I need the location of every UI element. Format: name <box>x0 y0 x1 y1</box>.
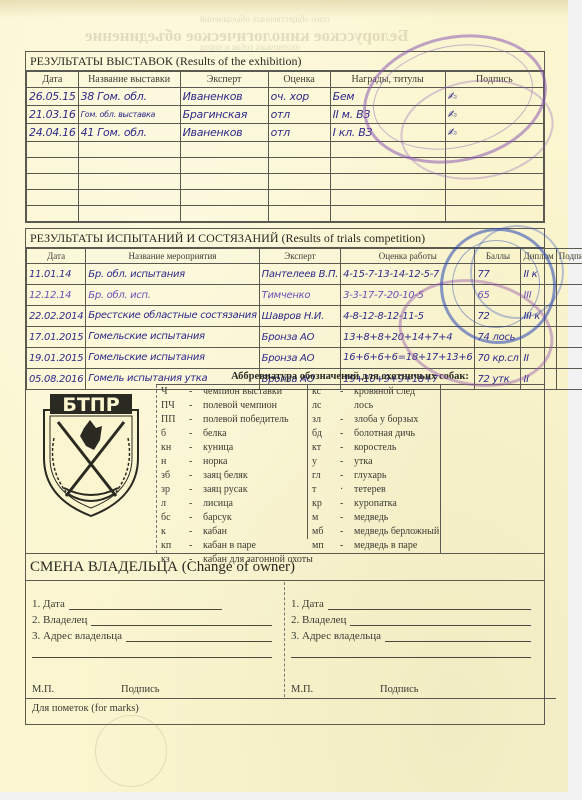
faint-stamp-icon <box>95 715 167 787</box>
owner-change-title: СМЕНА ВЛАДЕЛЬЦА (Change of owner) <box>26 554 544 581</box>
cell-score: 13+8+8+20+14+7+4 <box>341 327 475 348</box>
cell-name: Гомельские испытания <box>86 327 259 348</box>
cell-signature <box>556 264 582 285</box>
seal-label: М.П. <box>32 684 54 695</box>
date-field[interactable]: 1. Дата <box>291 598 531 610</box>
trials-results-section: РЕЗУЛЬТАТЫ ИСПЫТАНИЙ И СОСТЯЗАНИЙ (Resul… <box>25 228 545 390</box>
cell-diploma: III к <box>521 306 556 327</box>
seal-label: М.П. <box>291 684 313 695</box>
cell-date: 22.02.2014 <box>27 306 86 327</box>
cell-name: Бр. обл. исп. <box>86 285 259 306</box>
abbr-item: кс-кровяной след <box>308 385 441 399</box>
svg-text:БТПР: БТПР <box>62 394 119 416</box>
cell-signature <box>556 348 582 369</box>
owner-field[interactable]: 2. Владелец <box>291 614 531 626</box>
abbr-item: у-утка <box>308 455 441 469</box>
cell-name: 38 Гом. обл. <box>78 88 180 106</box>
cell-date: 17.01.2015 <box>27 327 86 348</box>
abbr-item: т·тетерев <box>308 483 441 497</box>
cell-diploma: III <box>521 285 556 306</box>
col-show-name: Название выставки <box>78 72 180 88</box>
owner-address-field[interactable]: 3. Адрес владельца <box>32 630 272 642</box>
table-row: 11.01.14 Бр. обл. испытания Пантелеев В.… <box>27 264 582 285</box>
cell-points: 72 <box>475 306 521 327</box>
cell-date: 26.05.15 <box>27 88 79 106</box>
exhibition-title: РЕЗУЛЬТАТЫ ВЫСТАВОК (Results of the exhi… <box>26 52 544 71</box>
trials-table: Дата Название мероприятия Эксперт Оценка… <box>26 248 582 390</box>
cell-points: 77 <box>475 264 521 285</box>
owner-field[interactable]: 2. Владелец <box>32 614 272 626</box>
cell-points: 74 лось <box>475 327 521 348</box>
abbreviations-section: БТПР Аббревиатура обозначений для охотни… <box>25 370 545 554</box>
table-row: 22.02.2014 Брестские областные состязани… <box>27 306 582 327</box>
cell-expert: Иваненков <box>180 88 268 106</box>
abbr-item: кр-куропатка <box>308 497 441 511</box>
col-points: Баллы <box>475 249 521 264</box>
abbr-item: кп-кабан в паре <box>157 539 307 553</box>
abbr-item: гл-глухарь <box>308 469 441 483</box>
trials-title: РЕЗУЛЬТАТЫ ИСПЫТАНИЙ И СОСТЯЗАНИЙ (Resul… <box>26 229 544 248</box>
owner-change-left: 1. Дата 2. Владелец 3. Адрес владельца М… <box>26 582 285 697</box>
cell-points: 70 кр.сл <box>475 348 521 369</box>
col-date: Дата <box>27 72 79 88</box>
cell-score: 3-3-17-7-20-10-5 <box>341 285 475 306</box>
cell-awards: I кл. ВЗ <box>330 124 445 142</box>
abbr-item: к-кабан <box>157 525 307 539</box>
empty-row <box>27 158 544 174</box>
abbr-item: ПП-полевой победитель <box>157 413 307 427</box>
signature-label: Подпись <box>380 684 419 695</box>
cell-expert: Тимченко <box>259 285 340 306</box>
change-of-owner-section: СМЕНА ВЛАДЕЛЬЦА (Change of owner) 1. Дат… <box>25 553 545 725</box>
abbr-item: зр-заяц русак <box>157 483 307 497</box>
abbr-item: бд-болотная дичь <box>308 427 441 441</box>
cell-signature <box>556 306 582 327</box>
empty-row <box>27 174 544 190</box>
cell-signature <box>556 369 582 390</box>
owner-change-right: 1. Дата 2. Владелец 3. Адрес владельца М… <box>285 582 543 697</box>
cell-date: 24.04.16 <box>27 124 79 142</box>
abbr-item: зб-заяц беляк <box>157 469 307 483</box>
col-signature: Подпись <box>556 249 582 264</box>
cell-score: 4-15-7-13-14-12-5-7 <box>341 264 475 285</box>
cell-score: 4-8-12-8-12-11-5 <box>341 306 475 327</box>
abbreviations-title: Аббревиатура обозначений для охотничьих … <box>156 370 544 384</box>
table-row: 26.05.15 38 Гом. обл. Иваненков оч. хор … <box>27 88 544 106</box>
abbr-item: лслось <box>308 399 441 413</box>
table-row: 12.12.14 Бр. обл. исп. Тимченко 3-3-17-7… <box>27 285 582 306</box>
cell-awards: II м. ВЗ <box>330 106 445 124</box>
cell-expert: Шавров Н.И. <box>259 306 340 327</box>
empty-row <box>27 206 544 222</box>
cell-expert: Брагинская <box>180 106 268 124</box>
date-field[interactable]: 1. Дата <box>32 598 222 610</box>
cell-name: Бр. обл. испытания <box>86 264 259 285</box>
abbr-item: Ч-чемпион выставки <box>157 385 307 399</box>
cell-expert: Иваненков <box>180 124 268 142</box>
marks-field[interactable]: Для пометок (for marks) <box>26 698 556 718</box>
abbr-item: ПЧ-полевой чемпион <box>157 399 307 413</box>
abbr-item: н-норка <box>157 455 307 469</box>
table-row: 21.03.16 Гом. обл. выставка Брагинская о… <box>27 106 544 124</box>
col-date: Дата <box>27 249 86 264</box>
table-row: 24.04.16 41 Гом. обл. Иваненков отл I кл… <box>27 124 544 142</box>
cell-name: 41 Гом. обл. <box>78 124 180 142</box>
cell-signature: ✍ <box>445 124 543 142</box>
exhibition-table: Дата Название выставки Эксперт Оценка На… <box>26 71 544 222</box>
cell-diploma: II <box>521 348 556 369</box>
col-awards: Награды, титулы <box>330 72 445 88</box>
address-line-field[interactable] <box>32 646 272 658</box>
abbreviations-right-column: кс-кровяной след лслось зл-злоба у борзы… <box>307 385 441 539</box>
owner-address-field[interactable]: 3. Адрес владельца <box>291 630 531 642</box>
cell-signature: ✍ <box>445 106 543 124</box>
cell-signature <box>556 285 582 306</box>
table-row: 19.01.2015 Гомельские испытания Бронза А… <box>27 348 582 369</box>
abbr-item: кт-коростель <box>308 441 441 455</box>
col-event-name: Название мероприятия <box>86 249 259 264</box>
cell-date: 21.03.16 <box>27 106 79 124</box>
empty-row <box>27 190 544 206</box>
col-grade: Оценка <box>268 72 330 88</box>
abbr-item: б-белка <box>157 427 307 441</box>
cell-name: Гомельские испытания <box>86 348 259 369</box>
exhibition-results-section: РЕЗУЛЬТАТЫ ВЫСТАВОК (Results of the exhi… <box>25 51 545 223</box>
cell-grade: отл <box>268 124 330 142</box>
col-diploma: Диплом <box>521 249 556 264</box>
cell-date: 19.01.2015 <box>27 348 86 369</box>
abbr-item: кн-куница <box>157 441 307 455</box>
abbr-item: бс-барсук <box>157 511 307 525</box>
cell-expert: Бронза АО <box>259 348 340 369</box>
cell-signature: ✍ <box>445 88 543 106</box>
cell-awards: Бем <box>330 88 445 106</box>
abbr-item: м-медведь <box>308 511 441 525</box>
col-expert: Эксперт <box>259 249 340 264</box>
cell-name: Брестские областные состязания <box>86 306 259 327</box>
cell-name: Гом. обл. выставка <box>78 106 180 124</box>
cell-points: 65 <box>475 285 521 306</box>
cell-diploma <box>521 327 556 348</box>
abbr-item: зл-злоба у борзых <box>308 413 441 427</box>
cell-grade: отл <box>268 106 330 124</box>
signature-label: Подпись <box>121 684 160 695</box>
abbreviations-grid: Ч-чемпион выставки ПЧ-полевой чемпион ПП… <box>156 385 441 553</box>
abbr-item: л-лисица <box>157 497 307 511</box>
abbr-item: мп-медведь в паре <box>308 539 441 553</box>
col-score-detail: Оценка работы <box>341 249 475 264</box>
table-row: 17.01.2015 Гомельские испытания Бронза А… <box>27 327 582 348</box>
bleed-through-text: союз общественных объединений <box>200 14 330 24</box>
abbreviations-left-column: Ч-чемпион выставки ПЧ-полевой чемпион ПП… <box>157 385 307 567</box>
cell-date: 12.12.14 <box>27 285 86 306</box>
cell-expert: Пантелеев В.П. <box>259 264 340 285</box>
document-page: союз общественных объединений Белорусско… <box>0 0 568 792</box>
col-expert: Эксперт <box>180 72 268 88</box>
empty-row <box>27 142 544 158</box>
cell-signature <box>556 327 582 348</box>
cell-date: 11.01.14 <box>27 264 86 285</box>
col-signature: Подпись <box>445 72 543 88</box>
cell-grade: оч. хор <box>268 88 330 106</box>
cell-score: 16+6+6+6=18+17+13+6 <box>341 348 475 369</box>
table-header-row: Дата Название мероприятия Эксперт Оценка… <box>27 249 582 264</box>
table-header-row: Дата Название выставки Эксперт Оценка На… <box>27 72 544 88</box>
address-line-field[interactable] <box>291 646 531 658</box>
abbr-item: мб-медведь берложный <box>308 525 441 539</box>
cell-diploma: II к <box>521 264 556 285</box>
btpr-emblem-icon: БТПР <box>36 388 146 518</box>
cell-expert: Бронза АО <box>259 327 340 348</box>
